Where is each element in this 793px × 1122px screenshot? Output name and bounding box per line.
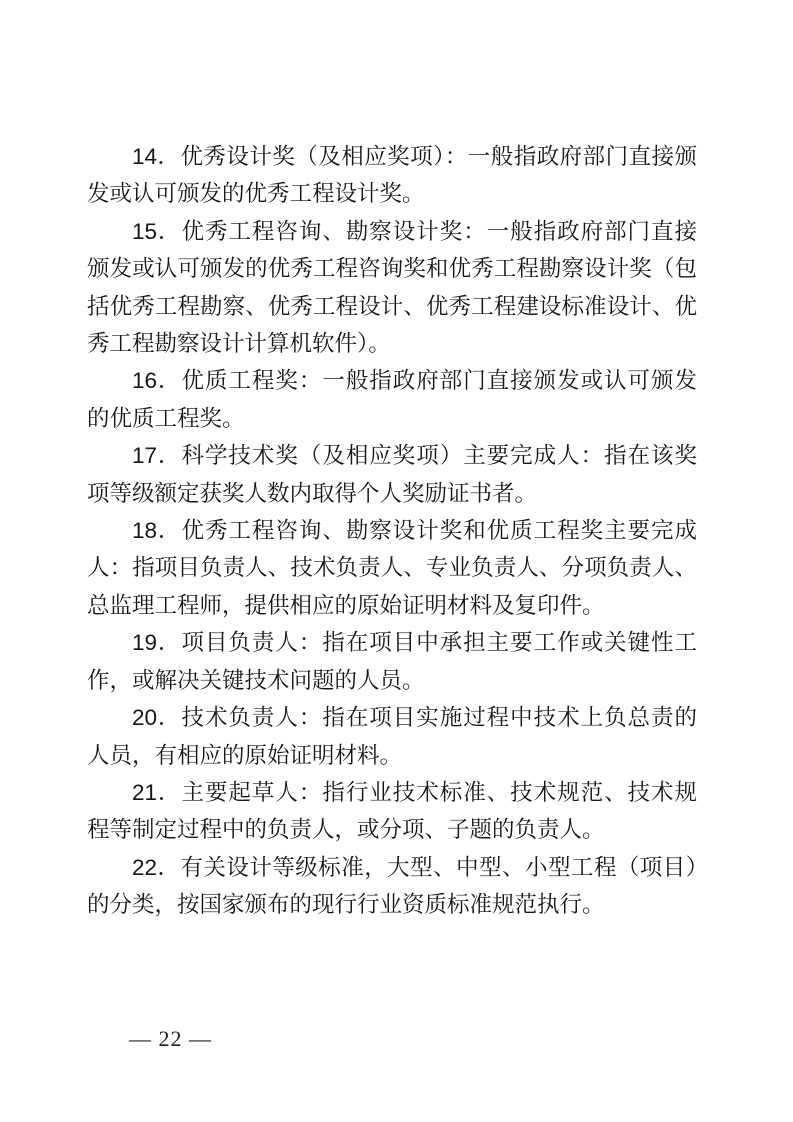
- document-paragraph: 20．技术负责人：指在项目实施过程中技术上负总责的人员，有相应的原始证明材料。: [87, 699, 697, 774]
- document-paragraph: 14．优秀设计奖（及相应奖项）：一般指政府部门直接颁发或认可颁发的优秀工程设计奖…: [87, 138, 697, 213]
- page-number: — 22 —: [129, 1026, 212, 1051]
- page-footer: — 22 —: [103, 1000, 212, 1078]
- document-paragraph: 18．优秀工程咨询、勘察设计奖和优质工程奖主要完成人：指项目负责人、技术负责人、…: [87, 512, 697, 624]
- document-paragraph: 17．科学技术奖（及相应奖项）主要完成人：指在该奖项等级额定获奖人数内取得个人奖…: [87, 437, 697, 512]
- document-paragraph: 19．项目负责人：指在项目中承担主要工作或关键性工作，或解决关键技术问题的人员。: [87, 624, 697, 699]
- document-paragraph: 22．有关设计等级标准，大型、中型、小型工程（项目）的分类，按国家颁布的现行行业…: [87, 849, 697, 924]
- document-page: 14．优秀设计奖（及相应奖项）：一般指政府部门直接颁发或认可颁发的优秀工程设计奖…: [0, 0, 793, 1122]
- document-paragraph: 21．主要起草人：指行业技术标准、技术规范、技术规程等制定过程中的负责人，或分项…: [87, 774, 697, 849]
- document-paragraph: 15．优秀工程咨询、勘察设计奖：一般指政府部门直接颁发或认可颁发的优秀工程咨询奖…: [87, 213, 697, 363]
- document-paragraph: 16．优质工程奖：一般指政府部门直接颁发或认可颁发的优质工程奖。: [87, 362, 697, 437]
- document-body: 14．优秀设计奖（及相应奖项）：一般指政府部门直接颁发或认可颁发的优秀工程设计奖…: [87, 138, 697, 924]
